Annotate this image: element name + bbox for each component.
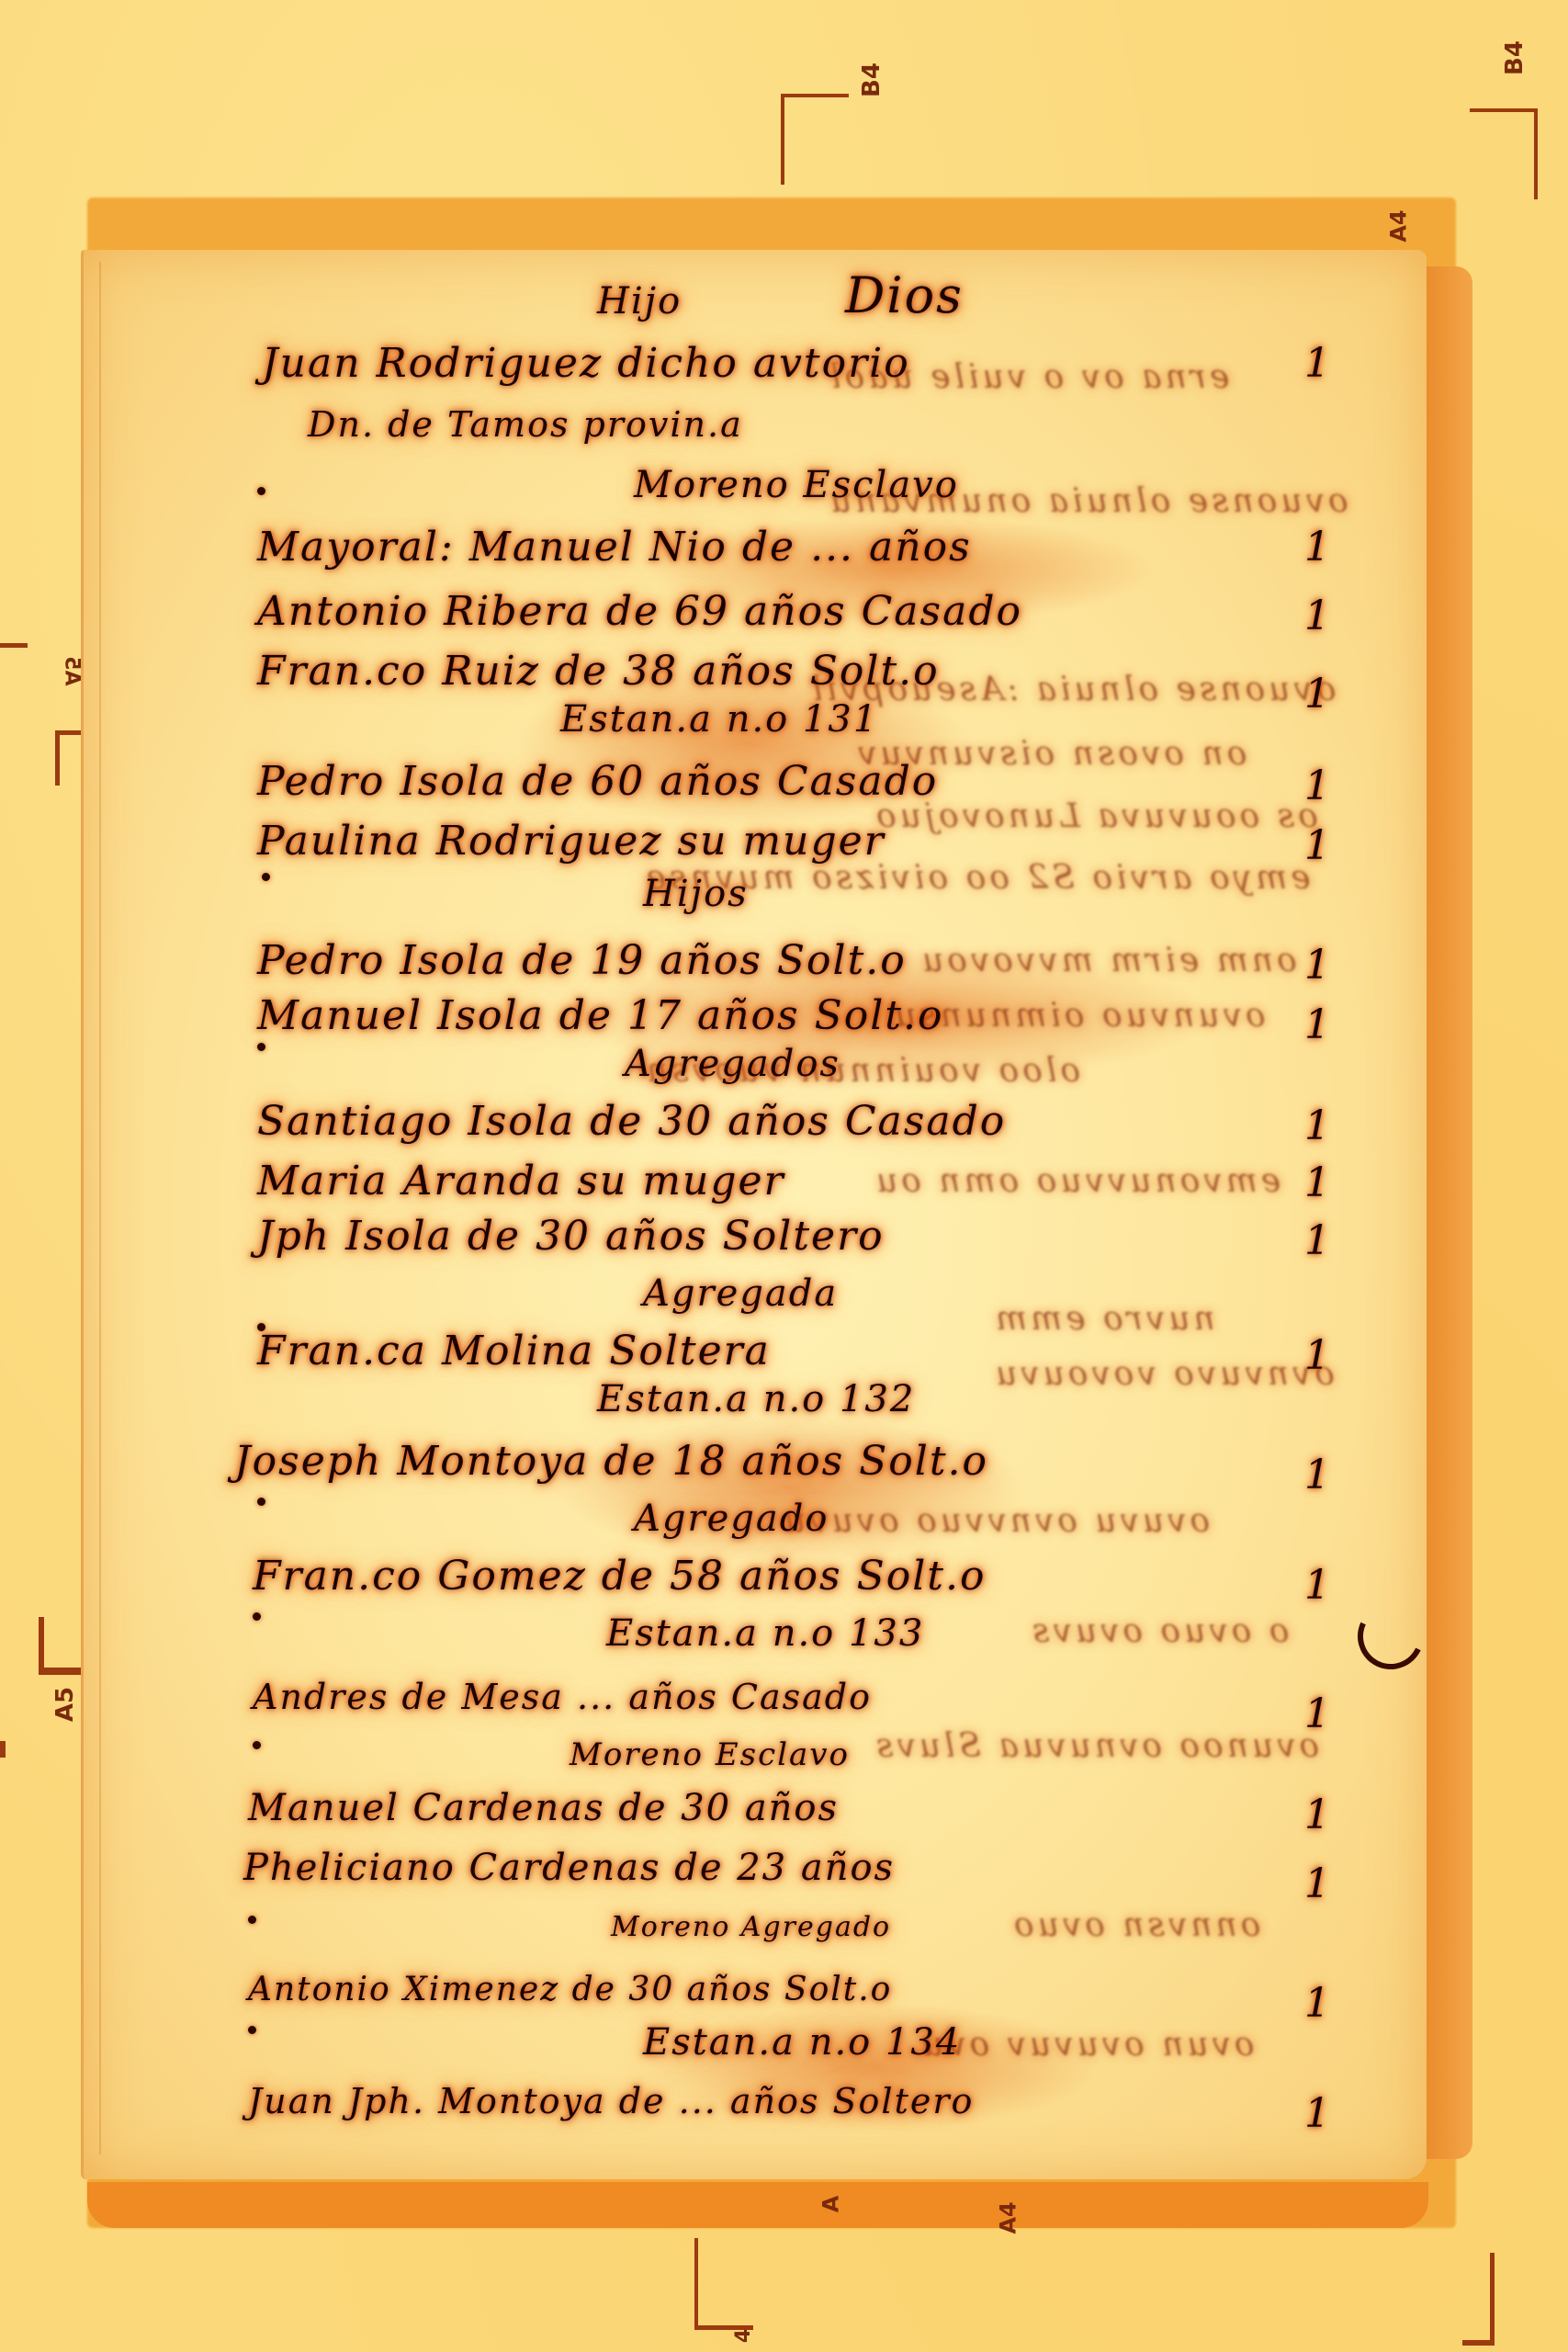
- line-count: 1: [1304, 593, 1330, 639]
- margin-dot: [257, 1498, 265, 1506]
- crop-mark-bottom-right: [1462, 2253, 1495, 2346]
- page-right-edge: [1419, 266, 1472, 2159]
- section-heading: Agregada: [643, 1272, 838, 1315]
- section-heading: Estan.a n.o 131: [560, 698, 878, 741]
- line-entry: Juan Jph. Montoya de ... años Soltero: [248, 2081, 974, 2121]
- line-entry: Joseph Montoya de 18 años Solt.o: [234, 1438, 988, 1485]
- mark-label-b4-top-right: B4: [1501, 40, 1529, 75]
- margin-dot: [257, 1323, 265, 1331]
- section-heading: Moreno Agregado: [611, 1911, 891, 1943]
- ink-stain: [551, 1415, 1029, 1562]
- line-entry: Fran.co Ruiz de 38 años Solt.o: [257, 648, 940, 695]
- crop-mark-bottom-left: [694, 2238, 753, 2330]
- line-entry: Juan Rodriguez dicho avtorio: [262, 340, 910, 387]
- margin-dot: [248, 2026, 256, 2034]
- crop-mark-left-bottom: [0, 1741, 15, 1758]
- section-heading: Moreno Esclavo: [570, 1736, 850, 1773]
- mark-label-b4-top-left: B4: [858, 62, 886, 97]
- line-entry: Manuel Isola de 17 años Solt.o: [257, 992, 943, 1039]
- line-count: 1: [1304, 1332, 1330, 1379]
- line-count: 1: [1304, 1102, 1330, 1149]
- bleed-through-text: nuvro emm: [992, 1300, 1215, 1338]
- line-count: 1: [1304, 1217, 1330, 1264]
- line-count: 1: [1304, 1001, 1330, 1048]
- line-count: 1: [1304, 822, 1330, 869]
- line-entry: Paulina Rodriguez su muger: [257, 818, 886, 865]
- crop-mark-top-left: [781, 94, 849, 185]
- margin-dot: [248, 1916, 256, 1924]
- line-count: 1: [1304, 1792, 1330, 1838]
- section-heading: Hijos: [643, 873, 749, 915]
- line-entry: Mayoral: Manuel Nio de ... años: [257, 524, 972, 571]
- line-entry: Antonio Ribera de 69 años Casado: [257, 588, 1022, 635]
- section-heading: Estan.a n.o 134: [643, 2021, 961, 2064]
- margin-dot: [257, 487, 265, 495]
- line-entry: Pedro Isola de 19 años Solt.o: [257, 937, 907, 984]
- bleed-through-text: os oouvuva Lunovojuo: [873, 797, 1318, 835]
- line-entry: Pedro Isola de 60 años Casado: [257, 758, 938, 805]
- section-heading: Estan.a n.o 133: [606, 1612, 924, 1655]
- margin-dot: [257, 1043, 265, 1051]
- line-entry: Andres de Mesa ... años Casado: [253, 1677, 872, 1717]
- bleed-through-text: onm eirm mvvovou: [919, 942, 1297, 979]
- header-right: Dios: [845, 266, 964, 324]
- section-heading: Estan.a n.o 132: [597, 1378, 915, 1420]
- line-entry: Dn. de Tamos provin.a: [308, 404, 743, 445]
- line-entry: Santiago Isola de 30 años Casado: [257, 1098, 1006, 1145]
- page-fold-line: [99, 262, 101, 2154]
- line-count: 1: [1304, 1159, 1330, 1206]
- mark-label-a4-page-corner: A4: [1386, 209, 1412, 242]
- line-count: 1: [1304, 671, 1330, 718]
- line-count: 1: [1304, 763, 1330, 809]
- bleed-through-text: ovunoo ovnuvua Sluvs: [873, 1727, 1319, 1765]
- mark-label-a4-bottom-right: A4: [996, 2201, 1021, 2233]
- header-left: Hijo: [597, 280, 682, 322]
- bleed-through-text: ovunvuo oimnunsu: [891, 997, 1266, 1035]
- margin-dot: [253, 1612, 261, 1621]
- backing-sheet-bottom-edge: [87, 2182, 1428, 2228]
- line-entry: Fran.co Gomez de 58 años Solt.o: [253, 1553, 986, 1600]
- bleed-through-text: emvonuvvuo omn ou: [873, 1162, 1280, 1200]
- line-count: 1: [1304, 2090, 1330, 2137]
- section-heading: Agregado: [634, 1498, 829, 1540]
- line-entry: Manuel Cardenas de 30 años: [248, 1787, 839, 1829]
- line-count: 1: [1304, 1980, 1330, 2027]
- line-entry: Antonio Ximenez de 30 años Solt.o: [248, 1971, 892, 2008]
- line-count: 1: [1304, 1860, 1330, 1907]
- line-count: 1: [1304, 1452, 1330, 1498]
- crop-mark-top-right: [1470, 108, 1538, 199]
- line-entry: Jph Isola de 30 años Soltero: [257, 1213, 885, 1260]
- line-count: 1: [1304, 340, 1330, 387]
- line-count: 1: [1304, 524, 1330, 571]
- crop-mark-left-lower: [39, 1617, 81, 1675]
- line-count: 1: [1304, 1562, 1330, 1609]
- crop-mark-left-mid: [55, 730, 83, 786]
- mark-label-a5-upper: A5: [61, 656, 84, 685]
- line-count: 1: [1304, 942, 1330, 989]
- line-entry: Fran.ca Molina Soltera: [257, 1328, 771, 1374]
- section-heading: Agregados: [625, 1043, 840, 1085]
- margin-dot: [262, 873, 270, 881]
- bleed-through-text: onnvsn ovuo: [1010, 1906, 1260, 1944]
- bleed-through-text: o ovuo ovuvs: [1029, 1612, 1289, 1650]
- mark-label-4-bottom: 4: [732, 2329, 755, 2343]
- bleed-through-text: ovnvuvo vovouvu: [992, 1355, 1335, 1393]
- line-entry: Maria Aranda su muger: [257, 1158, 785, 1204]
- mark-label-a-bottom: A: [818, 2196, 843, 2213]
- line-count: 1: [1304, 1690, 1330, 1737]
- bleed-through-text: ovuvu ovnvvuo ovuvu: [781, 1502, 1210, 1540]
- line-entry: Pheliciano Cardenas de 23 años: [243, 1847, 895, 1889]
- section-heading: Moreno Esclavo: [634, 464, 959, 506]
- crop-mark-left-upper: [0, 643, 28, 648]
- mark-label-a5-lower: A5: [51, 1687, 79, 1722]
- bleed-through-text: ovun ovuvuv ovu: [919, 2026, 1255, 2064]
- margin-dot: [253, 1741, 261, 1749]
